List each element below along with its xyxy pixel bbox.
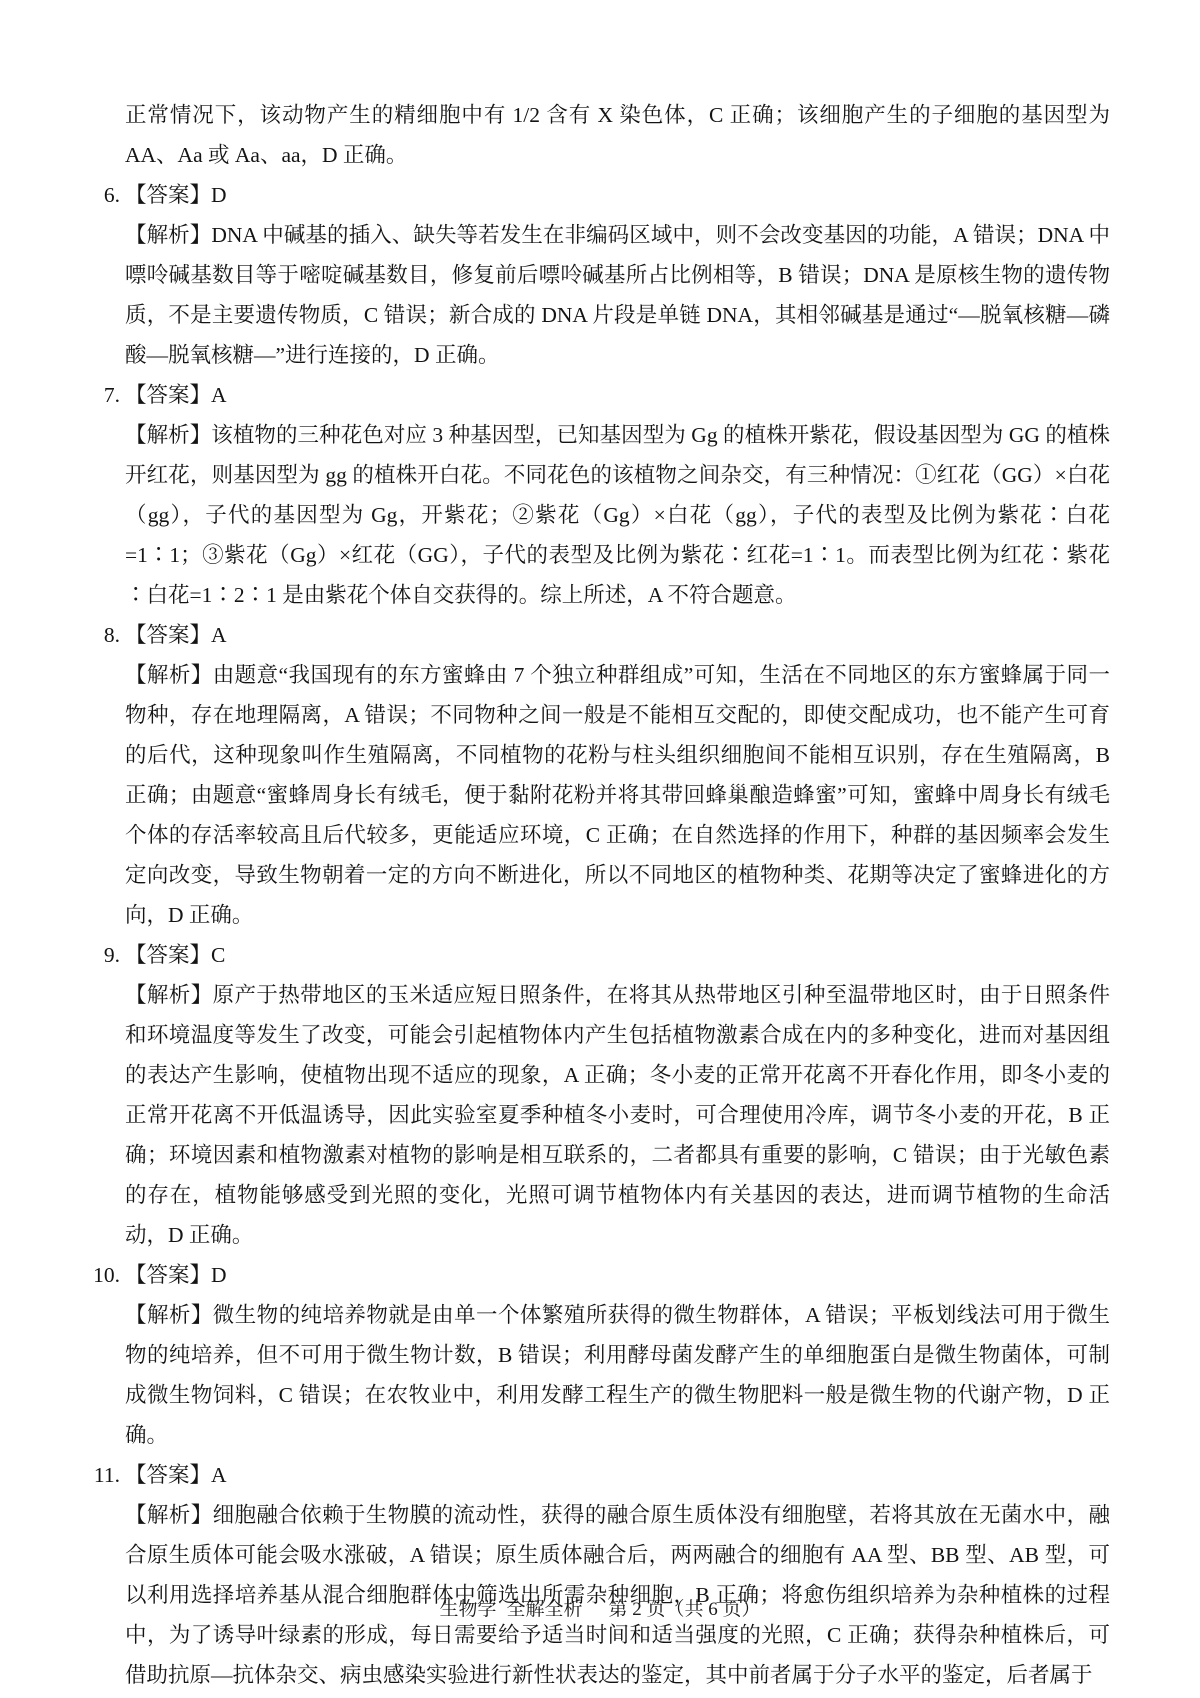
footer-subject: 生物学 xyxy=(439,1594,496,1621)
footer-series: 全解全析 xyxy=(506,1594,582,1621)
answer-value: A xyxy=(211,383,227,407)
analysis-text: 微生物的纯培养物就是由单一个体繁殖所获得的微生物群体，A 错误；平板划线法可用于… xyxy=(125,1303,1110,1447)
answer-line: 6.【答案】D xyxy=(125,175,1110,215)
analysis-text: 该植物的三种花色对应 3 种基因型，已知基因型为 Gg 的植株开紫花，假设基因型… xyxy=(125,423,1110,607)
content-area: 正常情况下，该动物产生的精细胞中有 1/2 含有 X 染色体，C 正确；该细胞产… xyxy=(125,95,1110,1695)
answer-label: 【答案】 xyxy=(125,1263,211,1287)
answer-label: 【答案】 xyxy=(125,623,211,647)
analysis-paragraph: 【解析】微生物的纯培养物就是由单一个体繁殖所获得的微生物群体，A 错误；平板划线… xyxy=(125,1295,1110,1455)
analysis-label: 【解析】 xyxy=(125,663,213,687)
analysis-label: 【解析】 xyxy=(125,423,211,447)
answer-item-6: 6.【答案】D 【解析】DNA 中碱基的插入、缺失等若发生在非编码区域中，则不会… xyxy=(125,175,1110,375)
item-number: 6. xyxy=(104,175,125,215)
answer-item-9: 9.【答案】C 【解析】原产于热带地区的玉米适应短日照条件，在将其从热带地区引种… xyxy=(125,935,1110,1255)
item-number: 8. xyxy=(104,615,125,655)
answer-label: 【答案】 xyxy=(125,383,211,407)
analysis-label: 【解析】 xyxy=(125,1303,213,1327)
answer-value: A xyxy=(211,1463,227,1487)
answer-line: 10.【答案】D xyxy=(125,1255,1110,1295)
item-number: 7. xyxy=(104,375,125,415)
answer-item-7: 7.【答案】A 【解析】该植物的三种花色对应 3 种基因型，已知基因型为 Gg … xyxy=(125,375,1110,615)
answer-line: 9.【答案】C xyxy=(125,935,1110,975)
analysis-text: 原产于热带地区的玉米适应短日照条件，在将其从热带地区引种至温带地区时，由于日照条… xyxy=(125,983,1110,1247)
answer-item-8: 8.【答案】A 【解析】由题意“我国现有的东方蜜蜂由 7 个独立种群组成”可知，… xyxy=(125,615,1110,935)
answer-label: 【答案】 xyxy=(125,183,211,207)
answer-sheet-page: 正常情况下，该动物产生的精细胞中有 1/2 含有 X 染色体，C 正确；该细胞产… xyxy=(0,0,1200,1698)
answer-item-11: 11.【答案】A 【解析】细胞融合依赖于生物膜的流动性，获得的融合原生质体没有细… xyxy=(125,1455,1110,1695)
answer-value: D xyxy=(211,1263,227,1287)
answer-value: D xyxy=(211,183,227,207)
answer-value: C xyxy=(211,943,225,967)
answer-line: 11.【答案】A xyxy=(125,1455,1110,1495)
answer-item-10: 10.【答案】D 【解析】微生物的纯培养物就是由单一个体繁殖所获得的微生物群体，… xyxy=(125,1255,1110,1455)
analysis-label: 【解析】 xyxy=(125,223,211,247)
answer-line: 8.【答案】A xyxy=(125,615,1110,655)
answer-label: 【答案】 xyxy=(125,943,211,967)
answer-value: A xyxy=(211,623,227,647)
analysis-paragraph: 【解析】该植物的三种花色对应 3 种基因型，已知基因型为 Gg 的植株开紫花，假… xyxy=(125,415,1110,615)
item-number: 11. xyxy=(94,1455,125,1495)
answer-label: 【答案】 xyxy=(125,1463,211,1487)
page-footer: 生物学全解全析第 2 页（共 6 页） xyxy=(0,1594,1200,1621)
answer-line: 7.【答案】A xyxy=(125,375,1110,415)
analysis-text: DNA 中碱基的插入、缺失等若发生在非编码区域中，则不会改变基因的功能，A 错误… xyxy=(125,223,1110,367)
footer-page-info: 第 2 页（共 6 页） xyxy=(609,1594,761,1621)
analysis-label: 【解析】 xyxy=(125,1503,213,1527)
analysis-label: 【解析】 xyxy=(125,983,213,1007)
analysis-paragraph: 【解析】DNA 中碱基的插入、缺失等若发生在非编码区域中，则不会改变基因的功能，… xyxy=(125,215,1110,375)
analysis-text: 由题意“我国现有的东方蜜蜂由 7 个独立种群组成”可知，生活在不同地区的东方蜜蜂… xyxy=(125,663,1110,927)
item-number: 9. xyxy=(104,935,125,975)
item-number: 10. xyxy=(93,1255,125,1295)
continuation-paragraph: 正常情况下，该动物产生的精细胞中有 1/2 含有 X 染色体，C 正确；该细胞产… xyxy=(125,95,1110,175)
analysis-paragraph: 【解析】原产于热带地区的玉米适应短日照条件，在将其从热带地区引种至温带地区时，由… xyxy=(125,975,1110,1255)
analysis-paragraph: 【解析】由题意“我国现有的东方蜜蜂由 7 个独立种群组成”可知，生活在不同地区的… xyxy=(125,655,1110,935)
